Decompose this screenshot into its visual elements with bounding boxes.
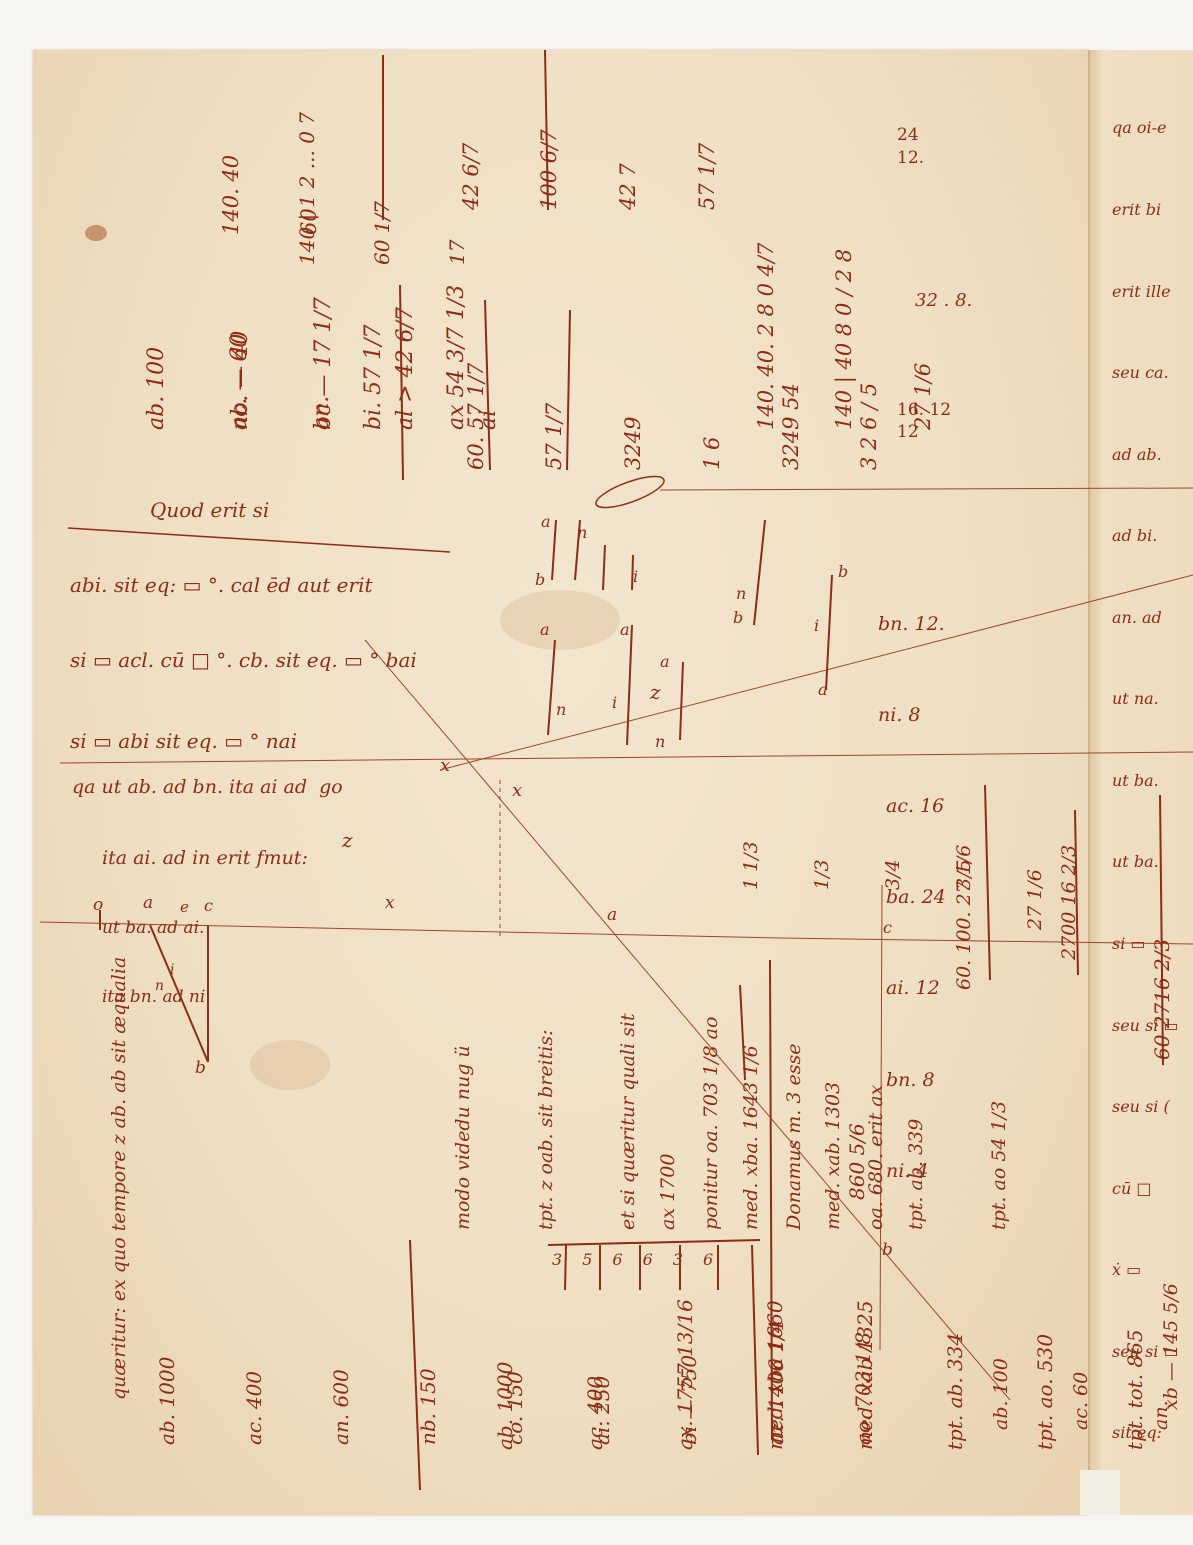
label-b: b bbox=[535, 570, 545, 590]
label-b: b bbox=[838, 562, 848, 582]
table-row: ab. 100 bbox=[988, 1315, 1015, 1430]
table-row: med. xba 1660 bbox=[760, 1299, 790, 1450]
label-a: a bbox=[620, 620, 630, 640]
axis-label-n: n bbox=[155, 978, 164, 996]
ratio-item: ni. 8 bbox=[878, 700, 946, 730]
fraction-table-header: 3 5 6 6 3 6 bbox=[552, 1250, 713, 1270]
label-n: n bbox=[655, 732, 665, 752]
label-x: x bbox=[512, 780, 522, 803]
table-row: xb — 145 5/6 bbox=[1157, 1237, 1186, 1410]
value-line: 42 6/7 bbox=[458, 129, 484, 210]
note-line: tpt. z oab. sit breitis: bbox=[533, 1013, 561, 1230]
table-row: med. xab 1325 bbox=[850, 1299, 880, 1450]
number-12: 12. bbox=[897, 148, 924, 169]
torn-corner bbox=[1080, 1470, 1120, 1515]
label-b: b bbox=[882, 1240, 893, 1261]
label-z: z bbox=[342, 828, 353, 853]
ink-blot bbox=[85, 225, 107, 241]
note-line: qa ut ab. ad bn. ita ai ad go bbox=[72, 776, 343, 800]
paper-stain bbox=[250, 1040, 330, 1090]
table-row: tpt. ao 54 1/3 bbox=[986, 1045, 1014, 1230]
table-row: ac. 60 bbox=[1068, 1315, 1095, 1430]
number-16-12: 16. 12 bbox=[897, 400, 951, 421]
value-line: 1 1/3 bbox=[740, 841, 764, 890]
axis-label-o: o bbox=[93, 895, 103, 916]
value-line: 1/3 bbox=[811, 841, 835, 890]
margin-line: ad ab. bbox=[1112, 441, 1179, 468]
value-line: 3/4 bbox=[882, 841, 906, 890]
label-z: z bbox=[650, 680, 661, 705]
margin-line: ut na. bbox=[1112, 685, 1179, 712]
table-cell: 6 bbox=[643, 1250, 653, 1270]
note-line: ut ba. ad ai. bbox=[72, 918, 343, 939]
value-line: 2700 16 2/3 bbox=[1058, 845, 1082, 960]
label-n: n bbox=[736, 584, 746, 604]
table-row: med. xba. 1643 1/6 bbox=[738, 1045, 766, 1230]
value-line: 140. 40. 2 8 0 4/7 bbox=[753, 243, 779, 430]
table-row: ax 1700 bbox=[655, 1045, 683, 1230]
margin-line: erit bi bbox=[1112, 196, 1179, 223]
table-cell: 6 bbox=[703, 1250, 713, 1270]
label-b: b bbox=[733, 608, 743, 628]
note-line: si ▭ acl. cū □ °. cb. sit eq. ▭ ° bai bbox=[70, 648, 417, 673]
table-row: ax. 1757 13/16 bbox=[670, 1299, 700, 1450]
bottom-right-margin-table: xb — 145 5/6 med. xba 120 — 1 bbox=[1100, 1237, 1193, 1410]
bottom-middle-result: 860 5/6 bbox=[795, 1123, 895, 1200]
label-a: a bbox=[541, 512, 551, 532]
value-line: 60. 100. 27 1/6 bbox=[953, 845, 977, 990]
number-12-b: 12 bbox=[897, 422, 919, 443]
label-n: n bbox=[577, 523, 587, 543]
label-a: a bbox=[660, 652, 670, 672]
margin-line: seu si ( bbox=[1112, 1093, 1179, 1120]
table-row: ab. 1000 bbox=[153, 1320, 182, 1445]
label-i: i bbox=[633, 567, 638, 587]
ratio-item: ac. 16 bbox=[878, 791, 946, 821]
value-line: 60. 57 1/7 bbox=[463, 363, 489, 470]
table-cell: 5 bbox=[582, 1250, 592, 1270]
value-line: 60 1/7 bbox=[370, 112, 395, 265]
margin-line: seu ca. bbox=[1112, 359, 1179, 386]
margin-line: si ▭ bbox=[1112, 930, 1179, 957]
table-cell: 3 bbox=[673, 1250, 683, 1270]
value-line: 140 | 1 2 ... 0 7 bbox=[295, 112, 320, 265]
label-i: i bbox=[814, 616, 819, 636]
value-line: 100 6/7 bbox=[536, 129, 562, 210]
table-row: ac. 400 bbox=[580, 1299, 610, 1450]
number-32-8: 32 . 8. bbox=[915, 290, 972, 313]
paper-stain bbox=[500, 590, 620, 650]
table-row: ac. 400 bbox=[240, 1320, 269, 1445]
label-x: x bbox=[440, 755, 450, 778]
margin-line: ad bi. bbox=[1112, 522, 1179, 549]
value-line: ab. 100 bbox=[143, 334, 171, 430]
c-calc-result: 2700 16 2/3 bbox=[1010, 845, 1105, 960]
note-line: ita ai. ad in erit fmut: bbox=[72, 847, 343, 871]
note-line: Quod erit si bbox=[70, 498, 417, 523]
ratio-item: bn. 12. bbox=[878, 609, 946, 639]
axis-label-x: x bbox=[385, 893, 395, 914]
axis-label-c: c bbox=[204, 896, 213, 916]
label-i: i bbox=[612, 693, 617, 713]
axis-label-e: e bbox=[180, 898, 189, 917]
value-line: 42 7 bbox=[615, 129, 641, 210]
value-line: 57 1/7 bbox=[694, 129, 720, 210]
table-row: tpt. ab. 339 bbox=[903, 1045, 931, 1230]
margin-line: qa oi-e bbox=[1112, 114, 1179, 141]
axis-label-i: i bbox=[170, 962, 174, 980]
note-line: modo videdu nug ü bbox=[450, 1013, 478, 1230]
value-line: 3249 bbox=[620, 363, 646, 470]
number-24: 24 bbox=[897, 125, 919, 146]
label-a: a bbox=[540, 620, 550, 640]
calc-block-42: 42 6/7 100 6/7 42 7 57 1/7 bbox=[405, 129, 746, 210]
table-cell: 6 bbox=[612, 1250, 622, 1270]
axis-label-a: a bbox=[143, 893, 153, 914]
note-line: abi. sit eq: ▭ °. cal ēd aut erit bbox=[70, 573, 417, 598]
result-value: 860 5/6 bbox=[845, 1123, 870, 1200]
value-line: 140. 40 bbox=[218, 155, 244, 235]
axis-label-b: b bbox=[195, 1058, 206, 1079]
margin-line: erit ille bbox=[1112, 278, 1179, 305]
margin-line: ut ba. bbox=[1112, 767, 1179, 794]
axis-label-c: c bbox=[883, 918, 892, 938]
value-line: bi. 57 1/7 bbox=[360, 285, 388, 430]
value-line: 57 1/7 bbox=[541, 363, 567, 470]
label-a: a bbox=[818, 680, 828, 700]
value-line: nb. — 40 bbox=[227, 297, 255, 430]
value-line: 140 | 40 8 0 / 2 8 bbox=[831, 243, 857, 430]
margin-line: ut ba. bbox=[1112, 848, 1179, 875]
margin-line: seu si ▭ bbox=[1112, 1012, 1179, 1039]
label-n: n bbox=[556, 700, 566, 720]
table-row: an. 600 bbox=[327, 1320, 356, 1445]
table-row: ab. 1000 bbox=[490, 1299, 520, 1450]
table-cell: 3 bbox=[552, 1250, 562, 1270]
margin-line: cū □ bbox=[1112, 1175, 1179, 1202]
margin-line: an. ad bbox=[1112, 604, 1179, 631]
label-a: a bbox=[607, 905, 617, 926]
